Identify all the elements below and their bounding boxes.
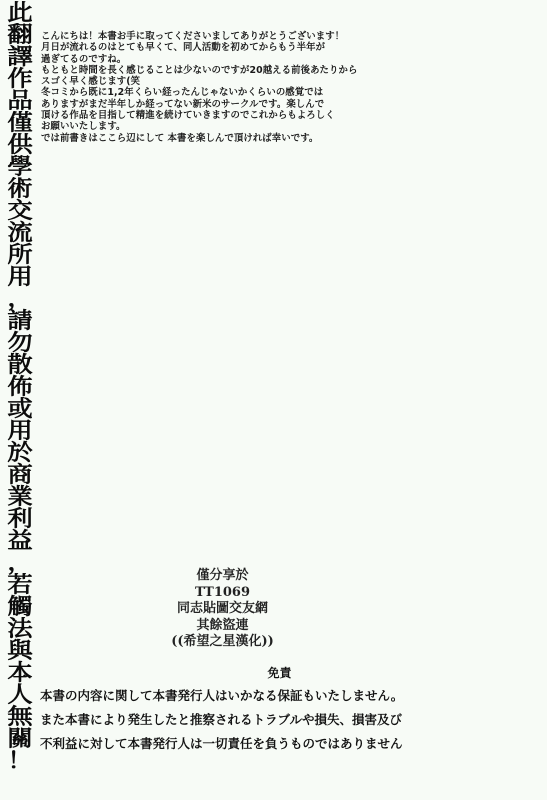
share-line: 僅分享於 — [140, 568, 305, 585]
notice-char: 譯 — [7, 47, 32, 69]
notice-char: 散 — [7, 355, 32, 377]
notice-char: 於 — [7, 443, 32, 465]
notice-char: 益 — [7, 531, 32, 553]
disclaimer-title: 免責 — [0, 664, 547, 681]
notice-char: 商 — [7, 465, 32, 487]
notice-char: ， — [7, 553, 32, 575]
greeting-text: こんにちは！本書お手に取ってくださいましてありがとうございます！ 月日が流れるの… — [41, 31, 361, 144]
notice-char: 法 — [7, 619, 32, 641]
greeting-line: ありますがまだ半年しか経ってない新米のサークルです。楽しんで — [41, 99, 361, 110]
notice-char: 勿 — [7, 333, 32, 355]
share-line: 同志貼圖交友網 — [140, 601, 305, 618]
notice-char: 流 — [7, 223, 32, 245]
notice-char: 用 — [7, 267, 32, 289]
notice-char: 學 — [7, 157, 32, 179]
notice-char: 佈 — [7, 377, 32, 399]
notice-char: 翻 — [7, 25, 32, 47]
notice-char: 利 — [7, 509, 32, 531]
notice-char: 請 — [7, 311, 32, 333]
greeting-line: 冬コミから既に1,2年くらい経ったんじゃないかくらいの感覚では — [41, 87, 361, 98]
greeting-line: もともと時間を長く感じることは少ないのですが20越える前後あたりから — [41, 65, 361, 76]
disclaimer-line: 不利益に対して本書発行人は一切責任を負うものではありません — [40, 732, 500, 756]
greeting-line: お願いいたします。 — [41, 121, 361, 132]
greeting-line: では前書きはここら辺にして 本書を楽しんで頂ければ幸いです。 — [41, 133, 361, 144]
notice-char: 與 — [7, 641, 32, 663]
greeting-line: 過ぎてるのですね。 — [41, 54, 361, 65]
notice-char: 若 — [7, 575, 32, 597]
share-line: 其餘盜連 — [140, 618, 305, 635]
share-notice: 僅分享於 TT1069 同志貼圖交友網 其餘盜連 ((希望之星漢化)) — [140, 568, 305, 651]
share-line: TT1069 — [140, 585, 305, 602]
notice-char: 人 — [7, 685, 32, 707]
notice-char: 關 — [7, 729, 32, 751]
disclaimer-line: 本書の内容に関して本書発行人はいかなる保証もいたしません。 — [40, 684, 500, 708]
notice-char: 無 — [7, 707, 32, 729]
greeting-line: こんにちは！本書お手に取ってくださいましてありがとうございます！ — [41, 31, 361, 42]
notice-char: 交 — [7, 201, 32, 223]
vertical-notice: 此 翻 譯 作 品 僅 供 學 術 交 流 所 用 ， 請 勿 散 佈 或 用 … — [4, 3, 36, 773]
notice-char: 術 — [7, 179, 32, 201]
share-line: ((希望之星漢化)) — [140, 634, 305, 651]
disclaimer-body: 本書の内容に関して本書発行人はいかなる保証もいたしません。 また本書により発生し… — [40, 684, 500, 756]
greeting-line: 頂ける作品を目指して精進を続けていきますのでこれからもよろしく — [41, 110, 361, 121]
notice-char: 所 — [7, 245, 32, 267]
notice-char: 僅 — [7, 113, 32, 135]
notice-char: 用 — [7, 421, 32, 443]
notice-char: 此 — [7, 3, 32, 25]
notice-char: ， — [7, 289, 32, 311]
notice-char: 業 — [7, 487, 32, 509]
notice-char: ！ — [7, 751, 32, 773]
notice-char: 品 — [7, 91, 32, 113]
notice-char: 觸 — [7, 597, 32, 619]
greeting-line: 月日が流れるのはとても早くて、同人活動を初めてからもう半年が — [41, 42, 361, 53]
notice-char: 供 — [7, 135, 32, 157]
notice-char: 作 — [7, 69, 32, 91]
disclaimer-line: また本書により発生したと推察されるトラブルや損失、損害及び — [40, 708, 500, 732]
greeting-line: スゴく早く感じます(笑 — [41, 76, 361, 87]
notice-char: 或 — [7, 399, 32, 421]
